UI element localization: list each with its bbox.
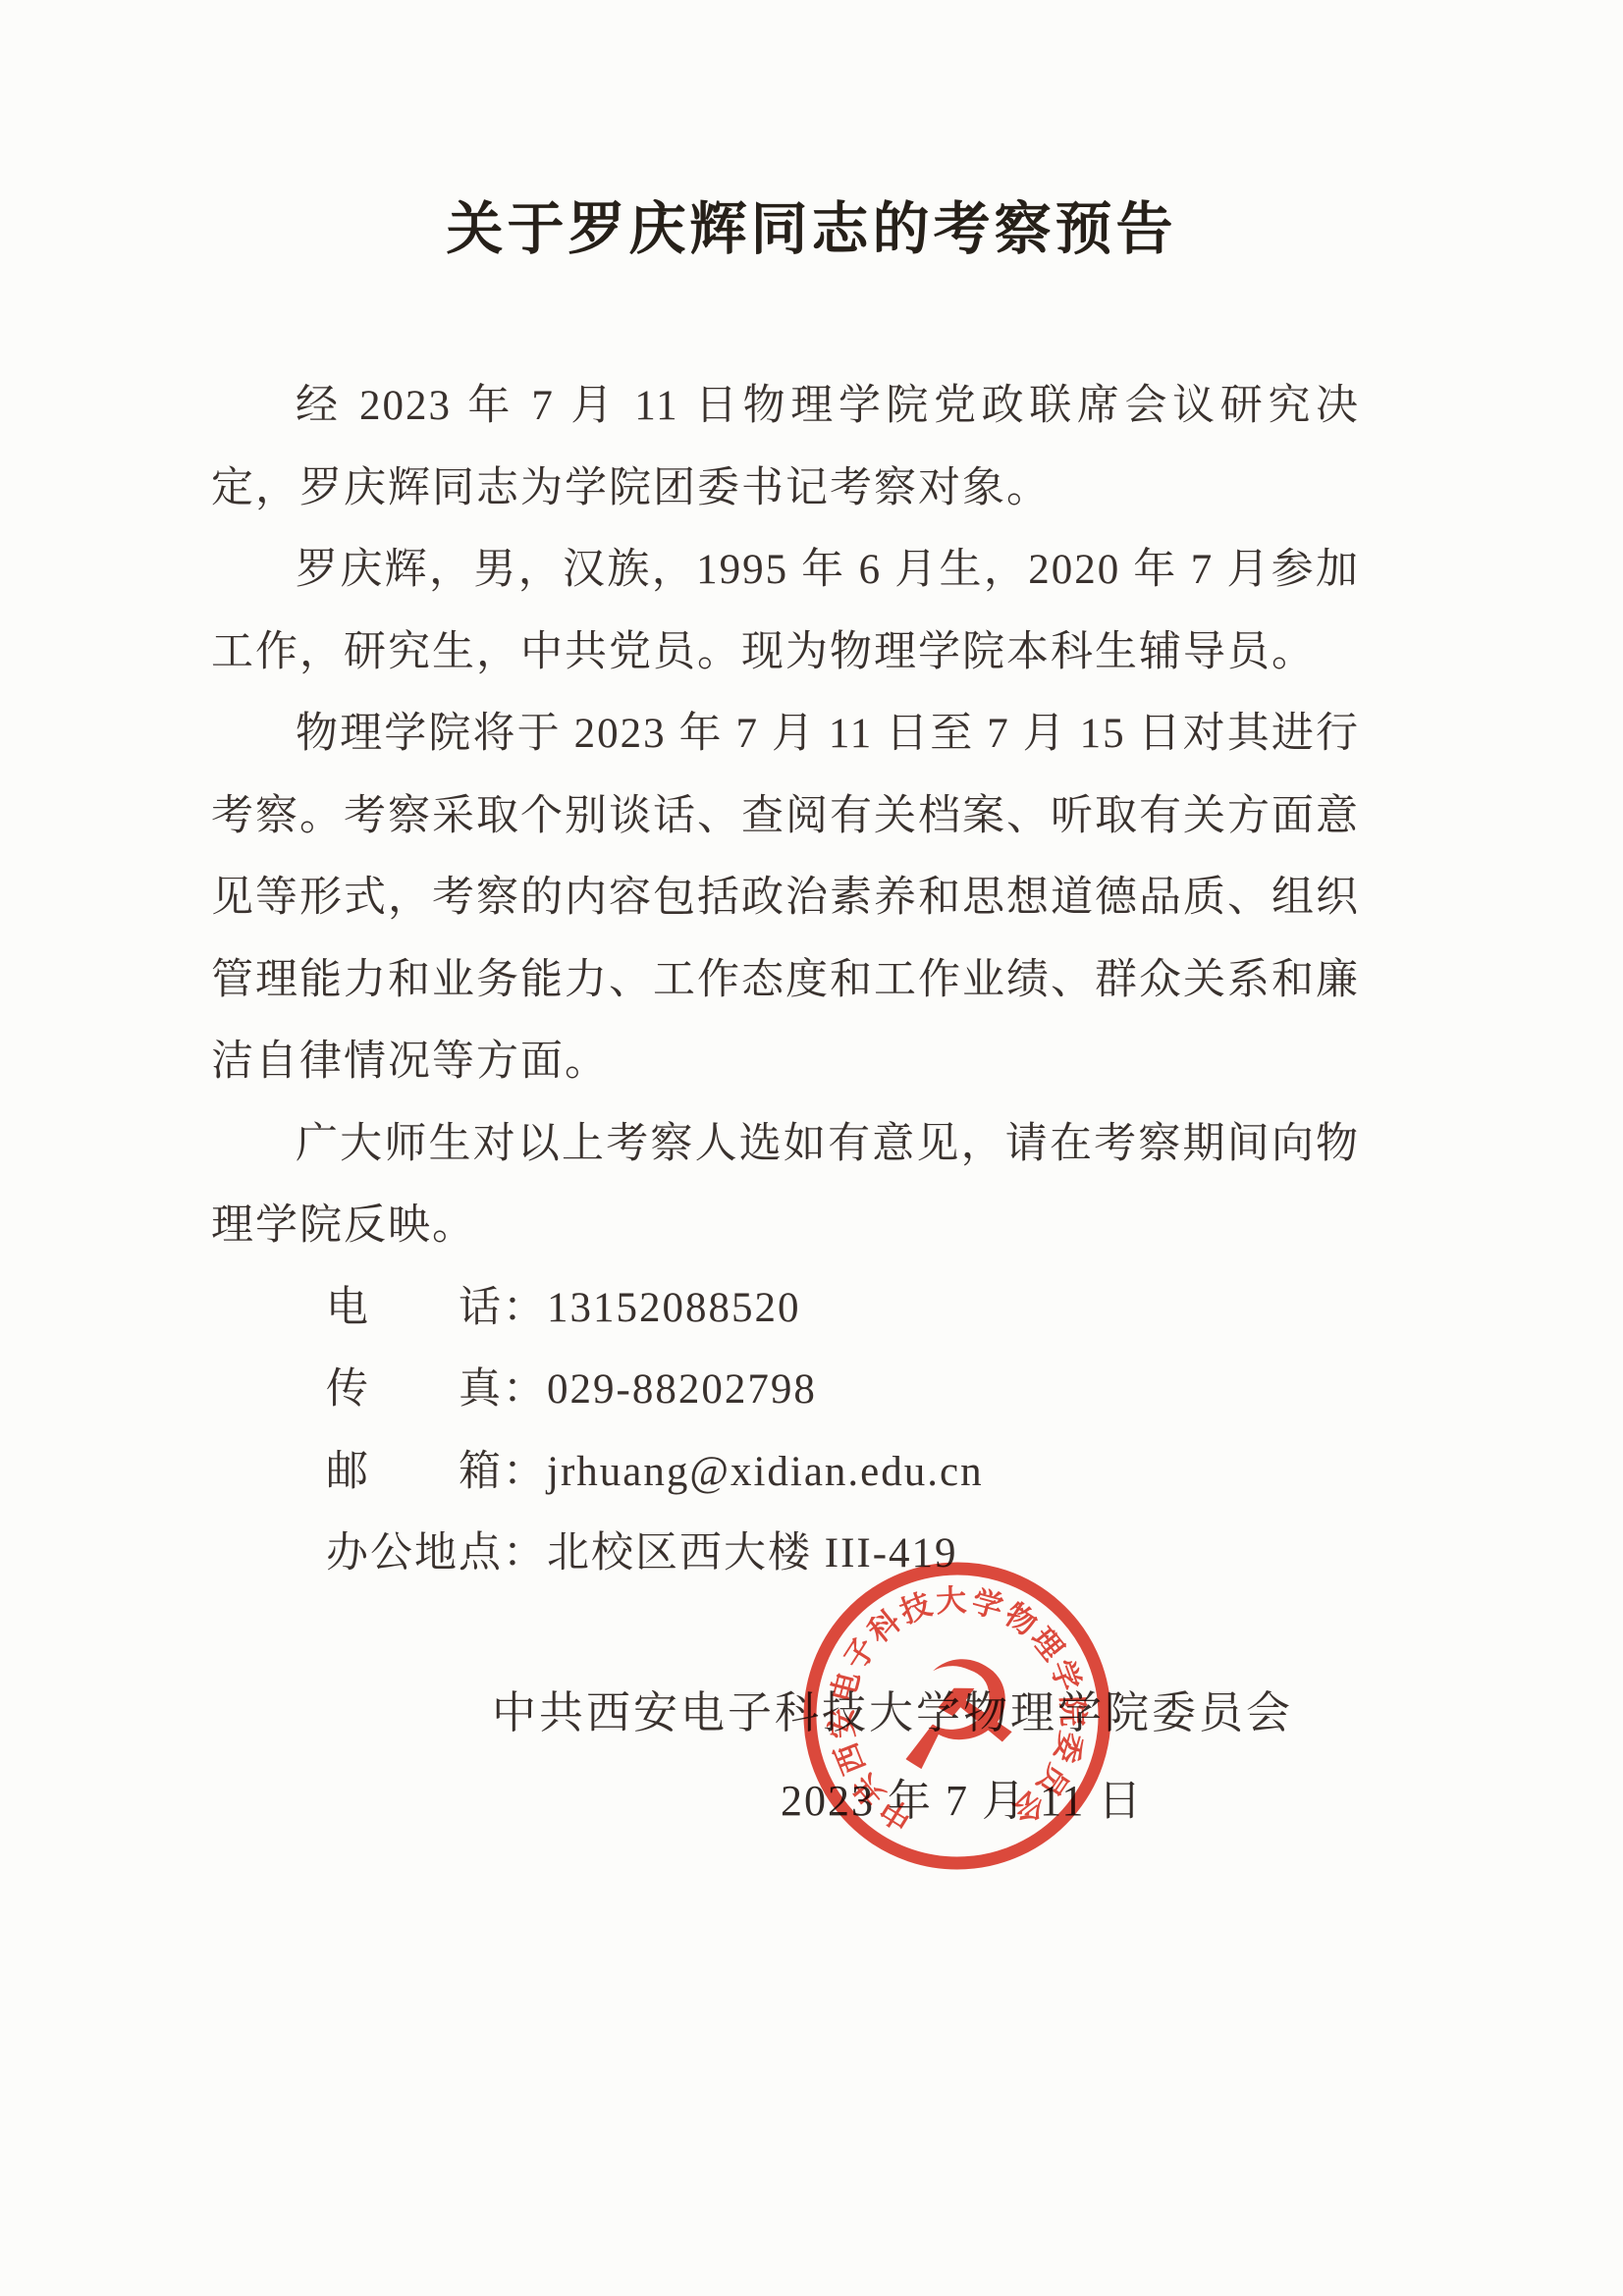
svg-text:安: 安: [824, 1707, 861, 1739]
contact-fax: 传 真：029-88202798: [326, 1349, 1360, 1431]
svg-text:学: 学: [968, 1584, 1006, 1627]
paragraph: 经 2023 年 7 月 11 日物理学院党政联席会议研究决定，罗庆辉同志为学院…: [211, 365, 1360, 529]
document-body: 经 2023 年 7 月 11 日物理学院党政联席会议研究决定，罗庆辉同志为学院…: [211, 365, 1360, 1595]
svg-text:院: 院: [1054, 1695, 1090, 1727]
paragraph: 物理学院将于 2023 年 7 月 11 日至 7 月 15 日对其进行考察。考…: [211, 693, 1360, 1103]
contact-phone: 电 话：13152088520: [326, 1267, 1360, 1350]
svg-text:大: 大: [935, 1582, 967, 1620]
paragraph: 罗庆辉，男，汉族，1995 年 6 月生，2020 年 7 月参加工作，研究生，…: [211, 529, 1360, 693]
official-seal-graphic: ☭ 中共西安电子科技大学物理学院委员会: [782, 1540, 1132, 1891]
paragraph: 广大师生对以上考察人选如有意见，请在考察期间向物理学院反映。: [211, 1103, 1360, 1267]
official-seal: ☭ 中共西安电子科技大学物理学院委员会: [782, 1540, 1132, 1891]
hammer-and-sickle-icon: ☭: [887, 1629, 1027, 1806]
document-page: 关于罗庆辉同志的考察预告 经 2023 年 7 月 11 日物理学院党政联席会议…: [0, 0, 1623, 2296]
contact-email: 邮 箱：jrhuang@xidian.edu.cn: [326, 1431, 1360, 1514]
svg-text:电: 电: [825, 1668, 867, 1706]
document-title: 关于罗庆辉同志的考察预告: [0, 183, 1623, 265]
